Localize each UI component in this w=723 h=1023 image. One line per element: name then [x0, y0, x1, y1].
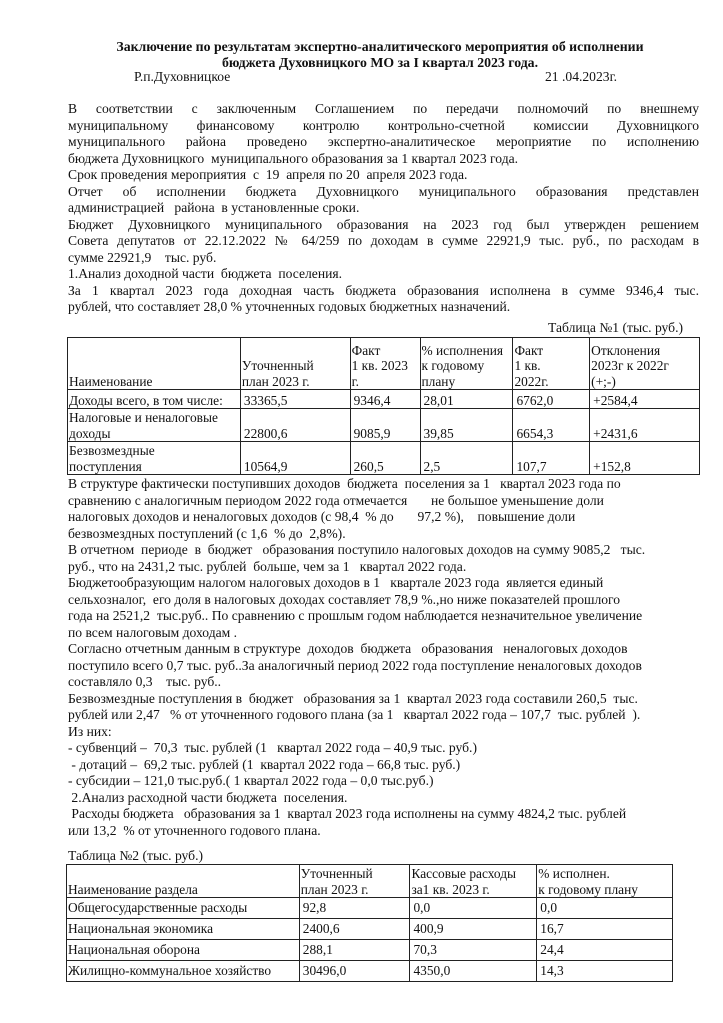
- text-line: рублей, что составляет 28,0 % уточненных…: [68, 299, 699, 316]
- column-header: % исполненияк годовомуплану: [420, 338, 513, 390]
- cell-value: 6654,3: [513, 409, 590, 442]
- column-header: Уточненныйплан 2023 г.: [299, 865, 410, 898]
- column-header: Наименование: [68, 338, 241, 390]
- document-title-line-1: Заключение по результатам экспертно-анал…: [60, 38, 700, 55]
- cell-value: 28,01: [420, 390, 513, 409]
- text-line: Расходы бюджета образования за 1 квартал…: [68, 806, 699, 823]
- cell-value: 9085,9: [350, 409, 420, 442]
- row-name: Доходы всего, в том числе:: [68, 390, 241, 409]
- text-line: В отчетном периоде в бюджет образования …: [68, 542, 699, 559]
- text-line: Из них:: [68, 724, 699, 741]
- text-line: В структуре фактически поступивших доход…: [68, 476, 699, 493]
- text-line: Срок проведения мероприятия с 19 апреля …: [68, 167, 699, 184]
- text-line: Безвозмездные поступления в бюджет образ…: [68, 691, 699, 708]
- cell-value: 30496,0: [299, 961, 410, 982]
- text-line: За 1 квартал 2023 года доходная часть бю…: [68, 283, 699, 300]
- text-line: или 13,2 % от уточненного годового плана…: [68, 823, 699, 840]
- text-line: безвозмездных поступлений (с 1,6 % до 2,…: [68, 526, 699, 543]
- column-header: Уточненныйплан 2023 г.: [240, 338, 350, 390]
- table-row: Национальная экономика2400,6400,916,7: [67, 919, 673, 940]
- text-line: Совета депутатов от 22.12.2022 № 64/259 …: [68, 233, 699, 250]
- expense-table: Наименование разделаУточненныйплан 2023 …: [66, 864, 673, 982]
- text-line: Согласно отчетным данным в структуре дох…: [68, 641, 699, 658]
- text-line: налоговых доходов и неналоговых доходов …: [68, 509, 699, 526]
- text-line: муниципальному финансовому контролю конт…: [68, 118, 699, 135]
- text-line: - субсидии – 121,0 тыс.руб.( 1 квартал 2…: [68, 773, 699, 790]
- intro-section: В соответствии с заключенным Соглашением…: [68, 101, 699, 316]
- cell-value: 0,0: [537, 898, 673, 919]
- table2-caption: Таблица №2 (тыс. руб.): [68, 848, 203, 865]
- cell-value: 2400,6: [299, 919, 410, 940]
- text-line: сравнению с аналогичным периодом 2022 го…: [68, 493, 699, 510]
- cell-value: 22800,6: [240, 409, 350, 442]
- text-line: 1.Анализ доходной части бюджета поселени…: [68, 266, 699, 283]
- text-line: рублей или 2,47 % от уточненного годовог…: [68, 707, 699, 724]
- text-line: Бюджет Духовницкого муниципального образ…: [68, 217, 699, 234]
- income-table: НаименованиеУточненныйплан 2023 г.Факт1 …: [67, 337, 700, 475]
- row-name: Безвозмездныепоступления: [68, 442, 241, 475]
- text-line: В соответствии с заключенным Соглашением…: [68, 101, 699, 118]
- cell-value: 33365,5: [240, 390, 350, 409]
- table-header-row: Наименование разделаУточненныйплан 2023 …: [67, 865, 673, 898]
- row-name: Национальная оборона: [67, 940, 300, 961]
- cell-value: 0,0: [410, 898, 537, 919]
- table-row: Налоговые и неналоговыедоходы22800,69085…: [68, 409, 700, 442]
- cell-value: 9346,4: [350, 390, 420, 409]
- table-row: Безвозмездныепоступления10564,9260,52,51…: [68, 442, 700, 475]
- cell-value: 288,1: [299, 940, 410, 961]
- column-header: % исполнен.к годовому плану: [537, 865, 673, 898]
- text-line: составляло 0,3 тыс. руб..: [68, 674, 699, 691]
- analysis-section: В структуре фактически поступивших доход…: [68, 476, 699, 839]
- text-line: 2.Анализ расходной части бюджета поселен…: [68, 790, 699, 807]
- column-header: Кассовые расходыза1 кв. 2023 г.: [410, 865, 537, 898]
- cell-value: +152,8: [590, 442, 700, 475]
- text-line: муниципального района проведено экспертн…: [68, 134, 699, 151]
- table-row: Жилищно-коммунальное хозяйство30496,0435…: [67, 961, 673, 982]
- text-line: сумме 22921,9 тыс. руб.: [68, 250, 699, 267]
- cell-value: 400,9: [410, 919, 537, 940]
- row-name: Жилищно-коммунальное хозяйство: [67, 961, 300, 982]
- cell-value: 10564,9: [240, 442, 350, 475]
- table-row: Национальная оборона288,170,324,4: [67, 940, 673, 961]
- text-line: руб., что на 2431,2 тыс. рублей больше, …: [68, 559, 699, 576]
- cell-value: 39,85: [420, 409, 513, 442]
- text-line: Отчет об исполнении бюджета Духовницкого…: [68, 184, 699, 201]
- cell-value: 24,4: [537, 940, 673, 961]
- column-header: Отклонения2023г к 2022г(+;-): [590, 338, 700, 390]
- text-line: года на 2521,2 тыс.руб.. По сравнению с …: [68, 608, 699, 625]
- table-row: Доходы всего, в том числе:33365,59346,42…: [68, 390, 700, 409]
- cell-value: 4350,0: [410, 961, 537, 982]
- text-line: администрацией района в установленные ср…: [68, 200, 699, 217]
- text-line: бюджета Духовницкого муниципального обра…: [68, 151, 699, 168]
- text-line: по всем налоговым доходам .: [68, 625, 699, 642]
- document-date: 21 .04.2023г.: [545, 69, 617, 86]
- cell-value: 2,5: [420, 442, 513, 475]
- row-name: Налоговые и неналоговыедоходы: [68, 409, 241, 442]
- cell-value: 70,3: [410, 940, 537, 961]
- table-header-row: НаименованиеУточненныйплан 2023 г.Факт1 …: [68, 338, 700, 390]
- table-row: Общегосударственные расходы92,80,00,0: [67, 898, 673, 919]
- text-line: - дотаций – 69,2 тыс. рублей (1 квартал …: [68, 757, 699, 774]
- cell-value: 260,5: [350, 442, 420, 475]
- column-header: Факт1 кв. 2023г.: [350, 338, 420, 390]
- cell-value: 92,8: [299, 898, 410, 919]
- table1-caption: Таблица №1 (тыс. руб.): [548, 320, 683, 337]
- cell-value: +2431,6: [590, 409, 700, 442]
- text-line: Бюджетообразующим налогом налоговых дохо…: [68, 575, 699, 592]
- cell-value: 107,7: [513, 442, 590, 475]
- document-place: Р.п.Духовницкое: [134, 69, 230, 86]
- cell-value: 14,3: [537, 961, 673, 982]
- text-line: сельхозналог, его доля в налоговых доход…: [68, 592, 699, 609]
- cell-value: +2584,4: [590, 390, 700, 409]
- column-header: Факт1 кв.2022г.: [513, 338, 590, 390]
- cell-value: 6762,0: [513, 390, 590, 409]
- row-name: Национальная экономика: [67, 919, 300, 940]
- row-name: Общегосударственные расходы: [67, 898, 300, 919]
- column-header: Наименование раздела: [67, 865, 300, 898]
- cell-value: 16,7: [537, 919, 673, 940]
- text-line: поступило всего 0,7 тыс. руб..За аналоги…: [68, 658, 699, 675]
- text-line: - субвенций – 70,3 тыс. рублей (1 кварта…: [68, 740, 699, 757]
